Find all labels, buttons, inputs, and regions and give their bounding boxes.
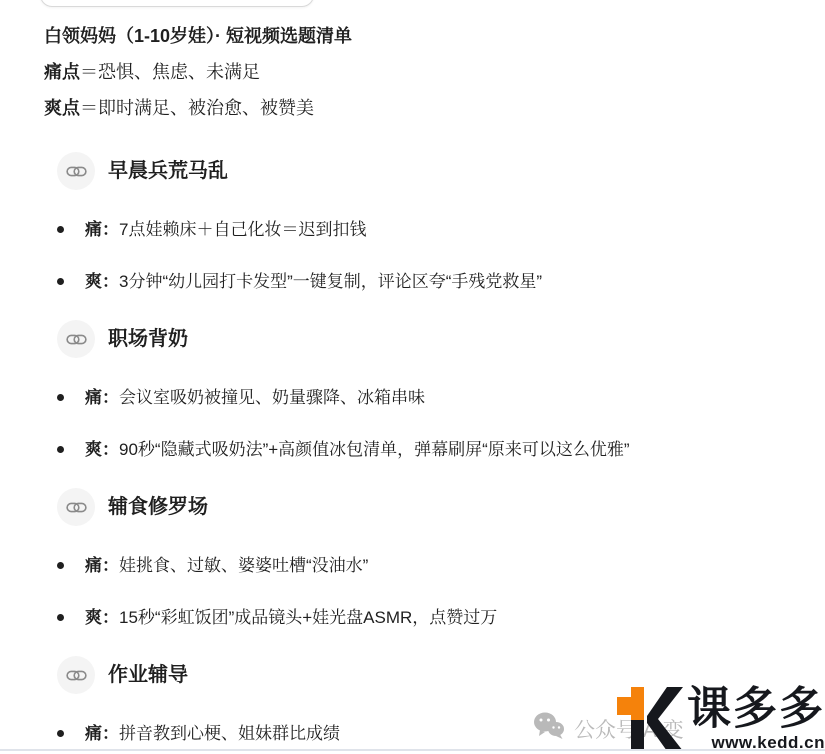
bullet-label: 痛： [85, 220, 119, 239]
pain-label: 痛点 [44, 62, 80, 82]
section-link-button[interactable] [57, 320, 95, 358]
pain-rest: ＝恐惧、焦虑、未满足 [80, 62, 260, 82]
brand-text-block: 课多多 www.kedd.cn [687, 687, 825, 753]
bullet-dot [57, 562, 64, 569]
bullet-dot [57, 394, 64, 401]
section-header-morning: 早晨兵荒马乱 [57, 152, 825, 190]
bullet-text: 拼音教到心梗、姐妹群比成绩 [119, 724, 340, 743]
cool-definition: 爽点＝即时满足、被治愈、被赞美 [44, 90, 825, 126]
bullet-label: 爽： [85, 440, 119, 459]
wechat-icon [533, 711, 565, 747]
pain-definition: 痛点＝恐惧、焦虑、未满足 [44, 54, 825, 90]
bottom-divider [0, 749, 825, 751]
bullet-text: 7点娃赖床＋自己化妆＝迟到扣钱 [119, 220, 366, 239]
bullet-item: 爽：3分钟“幼儿园打卡发型”一键复制，评论区夸“手残党救星” [44, 269, 825, 294]
bullet-dot [57, 278, 64, 285]
link-icon [66, 161, 87, 182]
bullet-text: 娃挑食、过敏、婆婆吐槽“没油水” [119, 556, 368, 575]
bullet-label: 痛： [85, 724, 119, 743]
bullet-label: 痛： [85, 556, 119, 575]
section-header-pumping: 职场背奶 [57, 320, 825, 358]
bullet-dot [57, 446, 64, 453]
bullet-text: 3分钟“幼儿园打卡发型”一键复制，评论区夸“手残党救星” [119, 272, 542, 291]
bullet-list: 痛：会议室吸奶被撞见、奶量骤降、冰箱串味 爽：90秒“隐藏式吸奶法”+高颜值冰包… [44, 385, 825, 462]
cool-rest: ＝即时满足、被治愈、被赞美 [80, 98, 314, 118]
bullet-dot [57, 730, 64, 737]
brand-name: 课多多 [687, 687, 825, 732]
link-icon [66, 665, 87, 686]
bullet-dot [57, 226, 64, 233]
bullet-item: 爽：15秒“彩虹饭团”成品镜头+娃光盘ASMR，点赞过万 [44, 605, 825, 630]
bullet-list: 痛：娃挑食、过敏、婆婆吐槽“没油水” 爽：15秒“彩虹饭团”成品镜头+娃光盘AS… [44, 553, 825, 630]
section-header-feeding: 辅食修罗场 [57, 488, 825, 526]
link-icon [66, 329, 87, 350]
section-title: 早晨兵荒马乱 [108, 161, 228, 181]
bullet-item: 痛：会议室吸奶被撞见、奶量骤降、冰箱串味 [44, 385, 825, 410]
section-link-button[interactable] [57, 152, 95, 190]
list-title: 白领妈妈（1-10岁娃）· 短视频选题清单 [44, 18, 825, 54]
bullet-text: 90秒“隐藏式吸奶法”+高颜值冰包清单，弹幕刷屏“原来可以这么优雅” [119, 440, 629, 459]
brand-k-icon [617, 687, 683, 754]
brand-logo: 课多多 www.kedd.cn [617, 687, 825, 751]
section-title: 作业辅导 [108, 665, 188, 685]
section-link-button[interactable] [57, 488, 95, 526]
bullet-text: 15秒“彩虹饭团”成品镜头+娃光盘ASMR，点赞过万 [119, 608, 497, 627]
chat-message-body: 白领妈妈（1-10岁娃）· 短视频选题清单 痛点＝恐惧、焦虑、未满足 爽点＝即时… [0, 0, 825, 746]
bullet-label: 爽： [85, 608, 119, 627]
bullet-label: 爽： [85, 272, 119, 291]
cool-label: 爽点 [44, 98, 80, 118]
section-title: 辅食修罗场 [108, 497, 208, 517]
bullet-label: 痛： [85, 388, 119, 407]
bullet-item: 爽：90秒“隐藏式吸奶法”+高颜值冰包清单，弹幕刷屏“原来可以这么优雅” [44, 437, 825, 462]
link-icon [66, 497, 87, 518]
bullet-item: 痛：娃挑食、过敏、婆婆吐槽“没油水” [44, 553, 825, 578]
bullet-dot [57, 614, 64, 621]
section-title: 职场背奶 [108, 329, 188, 349]
bullet-list: 痛：7点娃赖床＋自己化妆＝迟到扣钱 爽：3分钟“幼儿园打卡发型”一键复制，评论区… [44, 217, 825, 294]
section-link-button[interactable] [57, 656, 95, 694]
bullet-item: 痛：7点娃赖床＋自己化妆＝迟到扣钱 [44, 217, 825, 242]
bullet-text: 会议室吸奶被撞见、奶量骤降、冰箱串味 [119, 388, 425, 407]
